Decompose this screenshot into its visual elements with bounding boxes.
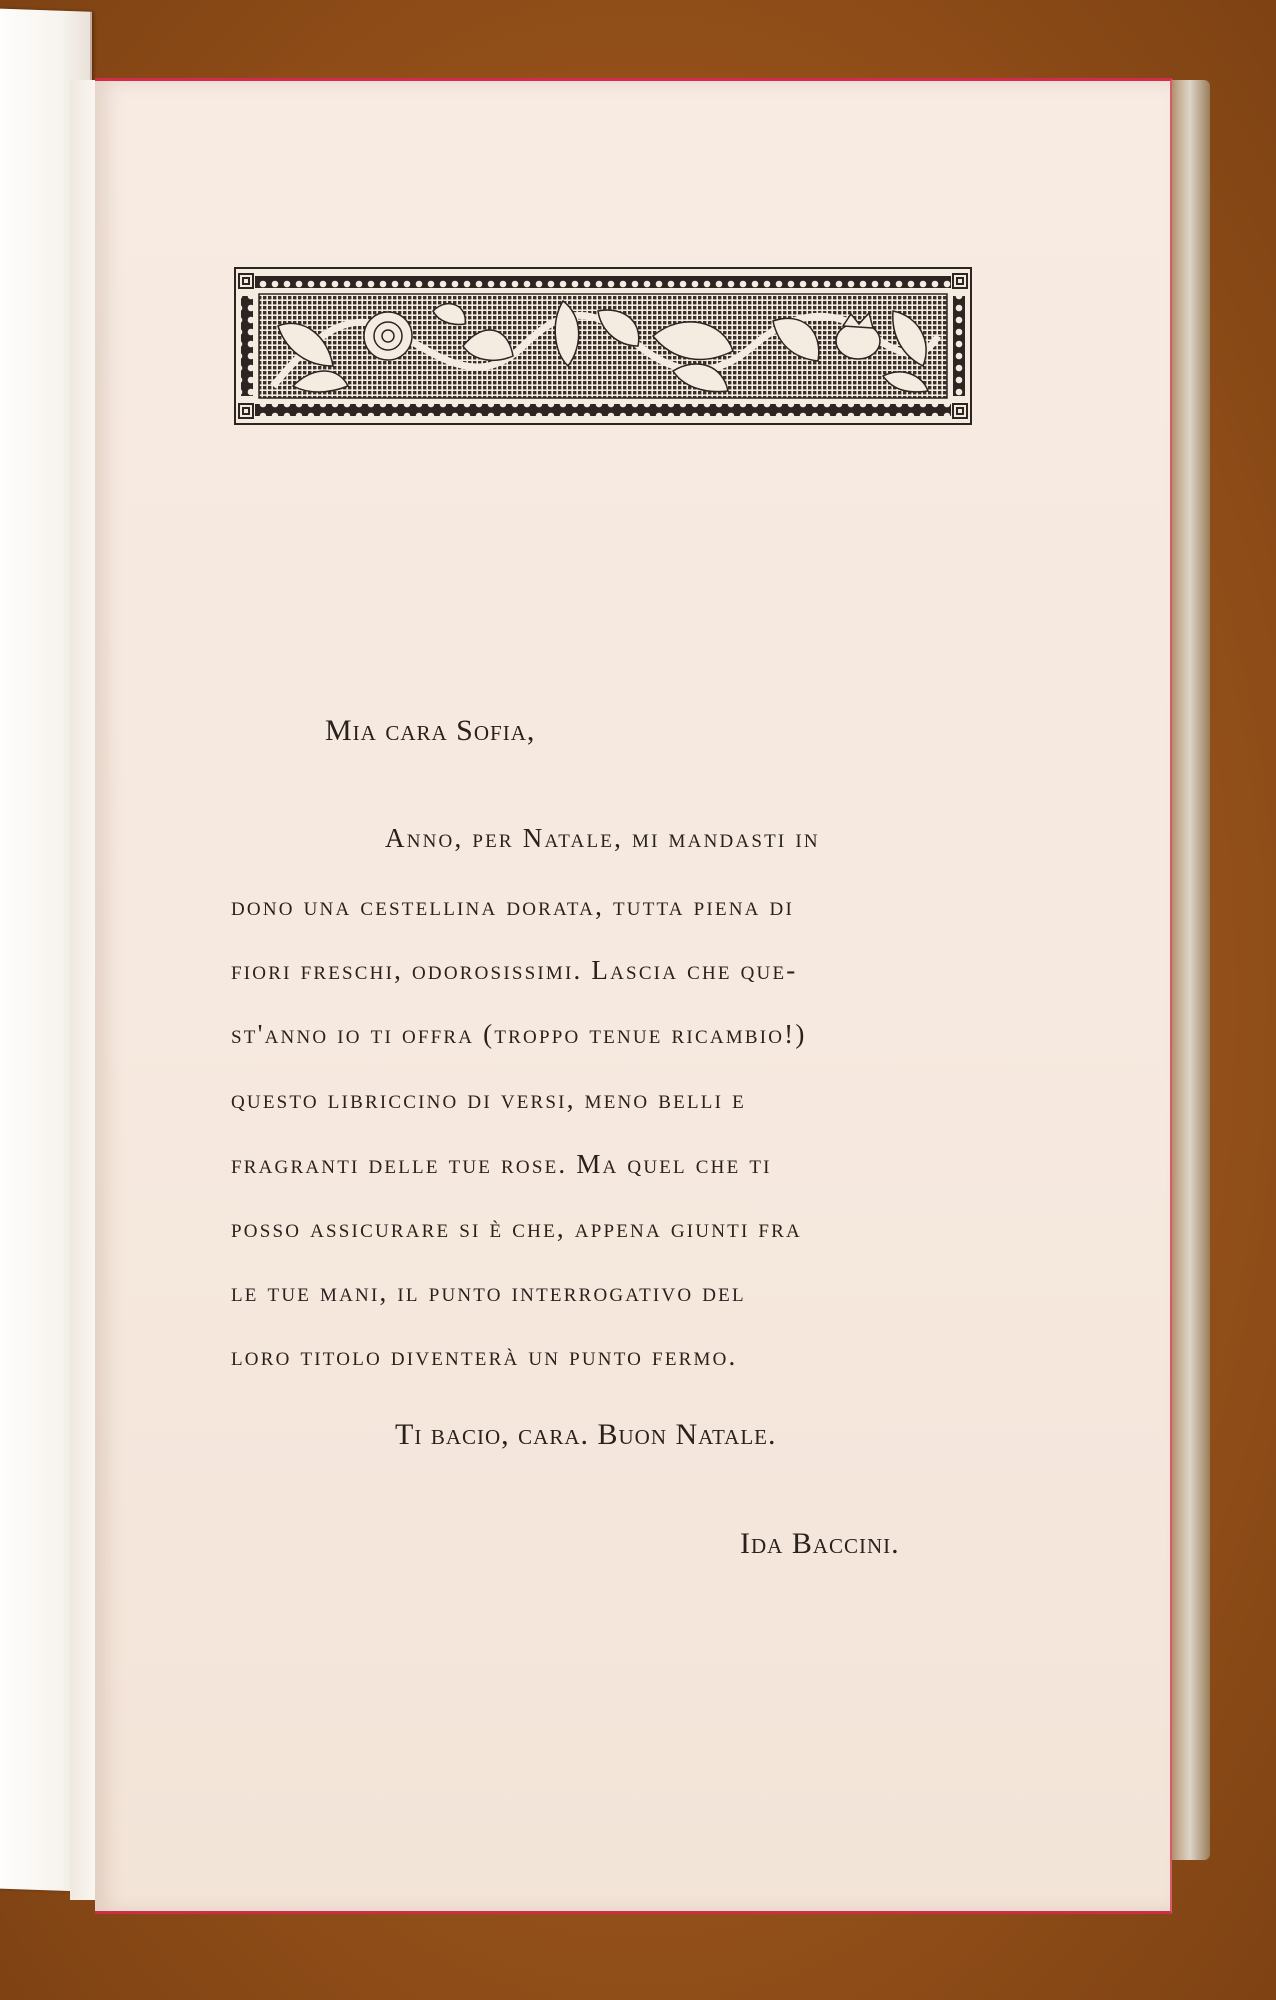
left-page-edge [70,80,98,1900]
letter-line: st'anno io ti offra (troppo tenue ricamb… [231,1019,807,1050]
letter-line: fiori freschi, odorosissimi. Lascia che … [231,955,797,986]
letter-line: fragranti delle tue rose. Ma quel che ti [231,1149,772,1180]
letter-line: questo libriccino di versi, meno belli e [231,1084,746,1115]
book-page: Mia cara Sofia, Anno, per Natale, mi man… [95,78,1172,1914]
letter-line: dono una cestellina dorata, tutta piena … [231,891,794,922]
letter-line: le tue mani, il punto interrogativo del [231,1277,746,1308]
letter-line: Anno, per Natale, mi mandasti in [385,823,820,854]
letter-salutation: Mia cara Sofia, [325,714,535,748]
floral-border-ornament-icon [233,266,973,426]
letter-signature: Ida Baccini. [740,1527,900,1561]
letter-closing: Ti bacio, cara. Buon Natale. [395,1418,776,1452]
letter-line: posso assicurare si è che, appena giunti… [231,1213,802,1244]
letter-line: loro titolo diventerà un punto fermo. [231,1341,737,1372]
